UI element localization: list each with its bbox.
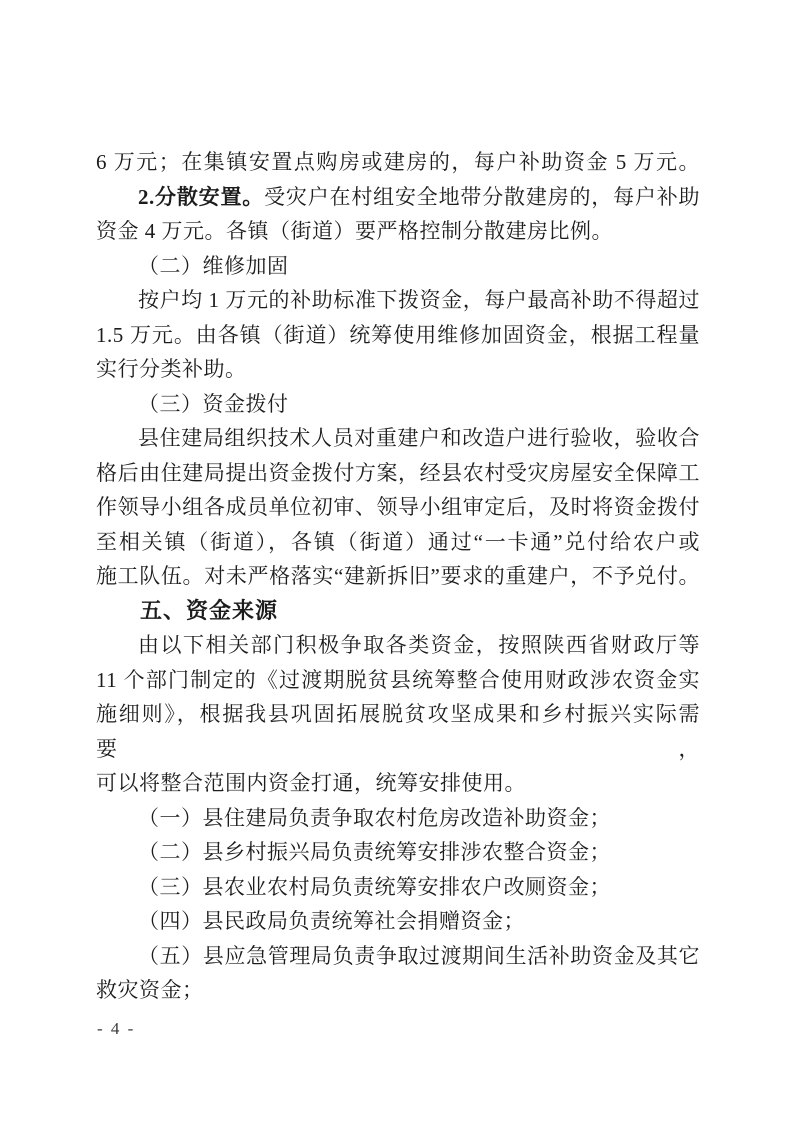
text-line: 施工队伍。对未严格落实“建新拆旧”要求的重建户，不予兑付。 — [96, 559, 700, 594]
text-line: （一）县住建局负责争取农村危房改造补助资金； — [96, 801, 700, 836]
text-line: 实行分类补助。 — [96, 352, 700, 387]
bold-emphasis-run: 2.分散安置。 — [138, 185, 264, 209]
text-line: （五）县应急管理局负责争取过渡期间生活补助资金及其它 — [96, 939, 700, 974]
section-heading: 五、资金来源 — [96, 594, 700, 629]
text-line: 可以将整合范围内资金打通，统筹安排使用。 — [96, 766, 700, 801]
text-line: 县住建局组织技术人员对重建户和改造户进行验收，验收合 — [96, 421, 700, 456]
text-line: （四）县民政局负责统筹社会捐赠资金； — [96, 904, 700, 939]
page-number: - 4 - — [97, 1019, 135, 1039]
text-line: 格后由住建局提出资金拨付方案，经县农村受灾房屋安全保障工 — [96, 456, 700, 491]
document-page: 6 万元；在集镇安置点购房或建房的，每户补助资金 5 万元。2.分散安置。受灾户… — [0, 0, 793, 1122]
text-line: 救灾资金； — [96, 973, 700, 1008]
sub-section-heading: （二）维修加固 — [96, 249, 700, 284]
sub-section-heading: （三）资金拨付 — [96, 387, 700, 422]
text-line: 11 个部门制定的《过渡期脱贫县统筹整合使用财政涉农资金实 — [96, 663, 700, 698]
text-line: 由以下相关部门积极争取各类资金，按照陕西省财政厅等 — [96, 628, 700, 663]
text-line: 资金 4 万元。各镇（街道）要严格控制分散建房比例。 — [96, 214, 700, 249]
text-line: 1.5 万元。由各镇（街道）统筹使用维修加固资金，根据工程量 — [96, 318, 700, 353]
text-line: 施细则》，根据我县巩固拓展脱贫攻坚成果和乡村振兴实际需要， — [96, 697, 700, 766]
text-line: 2.分散安置。受灾户在村组安全地带分散建房的，每户补助 — [96, 180, 700, 215]
document-body: 6 万元；在集镇安置点购房或建房的，每户补助资金 5 万元。2.分散安置。受灾户… — [96, 145, 700, 1008]
text-line: （三）县农业农村局负责统筹安排农户改厕资金； — [96, 870, 700, 905]
text-line: 至相关镇（街道），各镇（街道）通过“一卡通”兑付给农户或 — [96, 525, 700, 560]
text-line: （二）县乡村振兴局负责统筹安排涉农整合资金； — [96, 835, 700, 870]
text-line: 6 万元；在集镇安置点购房或建房的，每户补助资金 5 万元。 — [96, 145, 700, 180]
text-line: 作领导小组各成员单位初审、领导小组审定后，及时将资金拨付 — [96, 490, 700, 525]
text-line: 按户均 1 万元的补助标准下拨资金，每户最高补助不得超过 — [96, 283, 700, 318]
